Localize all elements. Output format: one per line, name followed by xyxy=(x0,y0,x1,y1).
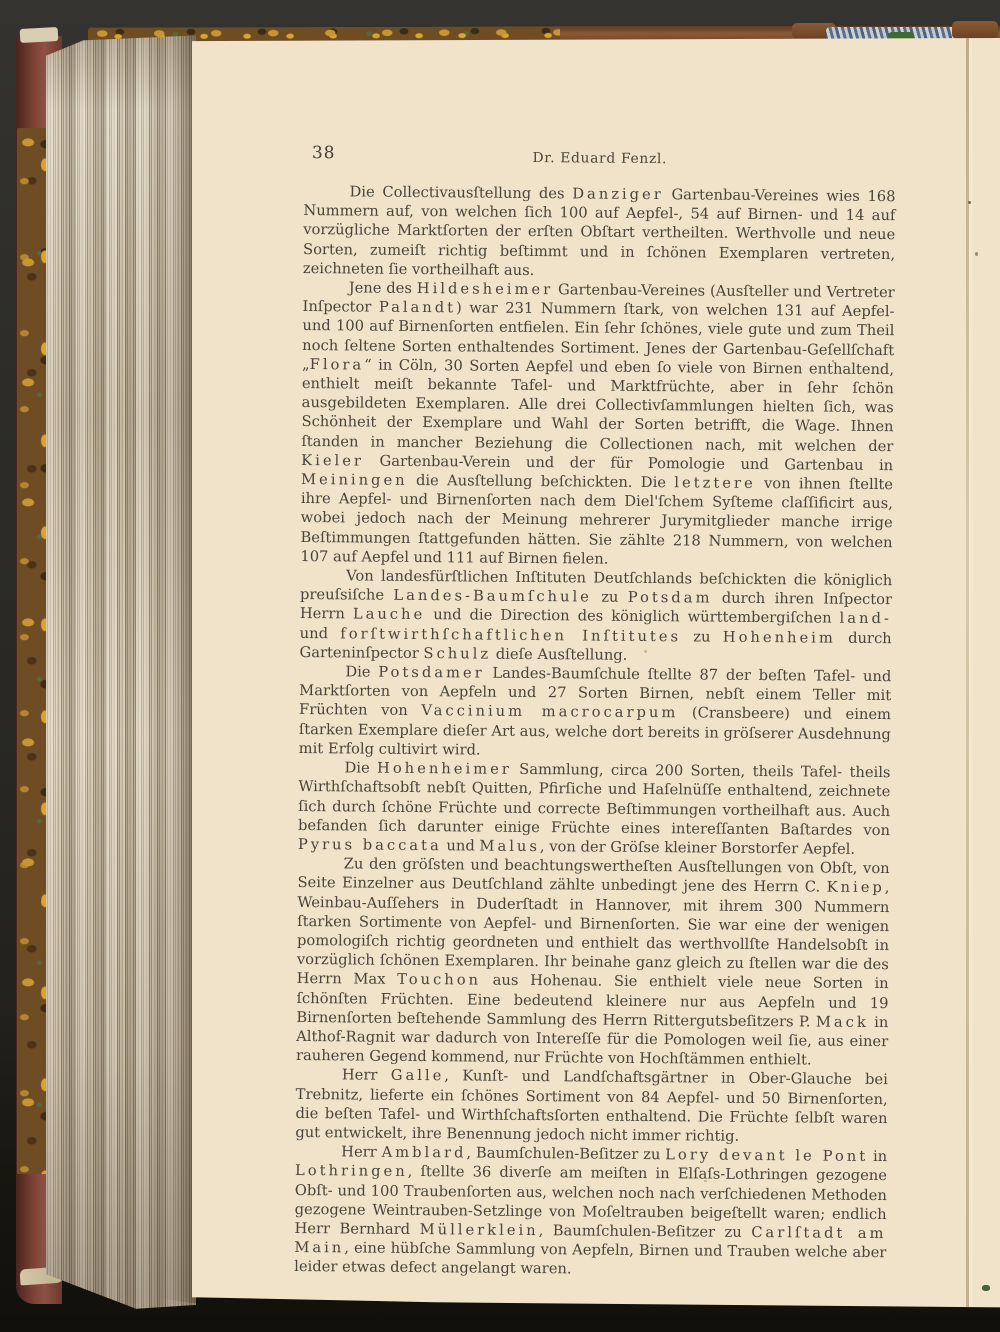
emphasized-text: Potsdam xyxy=(628,589,713,607)
text-run: dieſe Ausſtellung. xyxy=(491,646,627,664)
text-run: zu xyxy=(592,589,628,606)
emphasized-text: Potsdamer xyxy=(378,664,485,682)
text-run: , eine hübſche Sammlung von Aepfeln, Bir… xyxy=(294,1240,886,1278)
emphasized-text: Kieler xyxy=(301,452,364,470)
text-run: Herr xyxy=(342,1067,391,1084)
paragraph: Jene des Hildesheimer Gartenbau-Vereines… xyxy=(300,278,894,571)
emphasized-text: Danziger xyxy=(572,185,664,203)
page-corner-fleck xyxy=(982,1285,990,1291)
emphasized-text: Pyrus baccata xyxy=(298,836,442,854)
paragraph: Herr Galle, Kunſt- und Landſchaftsgärtne… xyxy=(295,1065,888,1147)
paragraph: Die Collectivausſtellung des Danziger Ga… xyxy=(303,182,896,283)
emphasized-text: Meiningen xyxy=(301,471,408,489)
foxing-speck xyxy=(968,201,971,204)
text-run: und xyxy=(442,837,480,854)
emphasized-text: Lauche xyxy=(353,606,426,624)
text-run: Herr xyxy=(341,1144,382,1161)
page-number: 38 xyxy=(312,143,336,163)
text-run: Die xyxy=(344,759,377,776)
text-run: zu xyxy=(681,628,723,645)
book-page: 38 Dr. Eduard Fenzl. Die Collectivausſte… xyxy=(192,38,1000,1308)
emphasized-text: Hohenheimer xyxy=(377,760,512,778)
text-run: in xyxy=(868,1148,887,1165)
emphasized-text: Malus xyxy=(479,837,540,855)
emphasized-text: letztere xyxy=(674,474,755,492)
page-edges-shadow xyxy=(160,34,196,1306)
text-run: die Ausſtellung beſchickten. Die xyxy=(408,472,675,491)
page-header: 38 Dr. Eduard Fenzl. xyxy=(304,142,896,173)
text-run: , Baumſchulen-Beſitzer zu xyxy=(539,1222,752,1241)
paragraph: Die Potsdamer Landes-Baumſchule ſtellte … xyxy=(299,662,892,763)
emphasized-text: Mack xyxy=(816,1013,869,1030)
book-scan-scene: 38 Dr. Eduard Fenzl. Die Collectivausſte… xyxy=(0,0,1000,1332)
emphasized-text: Lothringen xyxy=(295,1162,408,1180)
text-run: “ in Cöln, 30 Sorten Aepfel und eben ſo … xyxy=(301,356,894,454)
text-run: und xyxy=(300,625,341,642)
emphasized-text: Landes-Baumſchule xyxy=(393,587,592,606)
emphasized-text: Vaccinium macrocarpum xyxy=(421,703,678,722)
page-text: 38 Dr. Eduard Fenzl. Die Collectivausſte… xyxy=(294,142,896,1282)
emphasized-text: forſtwirthſchaftlichen Inſtitutes xyxy=(340,625,681,645)
text-run: und die Direction des königlich württemb… xyxy=(425,607,839,628)
text-run: Gartenbau-Verein und der für Pomologie u… xyxy=(364,452,893,474)
emphasized-text: Müllerklein xyxy=(420,1221,539,1239)
paragraph: Von landesfürſtlichen Inſtituten Deutſch… xyxy=(299,566,892,667)
emphasized-text: Hildesheimer xyxy=(417,280,553,298)
emphasized-text: Kniep xyxy=(827,879,885,897)
emphasized-text: Palandt xyxy=(379,299,456,317)
paragraph: Die Hohenheimer Sammlung, circa 200 Sort… xyxy=(298,758,891,859)
paragraph: Herr Amblard, Baumſchulen-Beſitzer zu Lo… xyxy=(294,1142,887,1282)
text-run: Die xyxy=(345,663,378,680)
body-text: Die Collectivausſtellung des Danziger Ga… xyxy=(294,182,896,1282)
running-header: Dr. Eduard Fenzl. xyxy=(304,142,896,169)
text-run: , von der Gröſse kleiner Borstorfer Aepf… xyxy=(540,838,855,858)
emphasized-text: Schulz xyxy=(423,645,491,663)
emphasized-text: Hohenheim xyxy=(723,628,836,646)
emphasized-text: Amblard xyxy=(382,1144,467,1162)
foxing-speck xyxy=(975,252,978,256)
text-run: , Baumſchulen-Beſitzer zu xyxy=(466,1145,665,1164)
text-run: Jene des xyxy=(349,279,417,297)
emphasized-text: land- xyxy=(840,610,892,627)
text-run: Die Collectivausſtellung des xyxy=(349,183,572,202)
text-run: Zu den gröſsten und beachtungswertheſten… xyxy=(297,855,889,895)
spine-worn-chip xyxy=(20,27,59,43)
emphasized-text: Touchon xyxy=(397,971,481,989)
leather-corner-piece xyxy=(952,21,998,39)
emphasized-text: Flora xyxy=(310,356,365,373)
emphasized-text: Galle xyxy=(391,1067,445,1084)
paragraph: Zu den gröſsten und beachtungswertheſten… xyxy=(296,854,890,1070)
emphasized-text: Lory devant le Pont xyxy=(665,1146,868,1165)
page-crease xyxy=(966,38,969,1308)
